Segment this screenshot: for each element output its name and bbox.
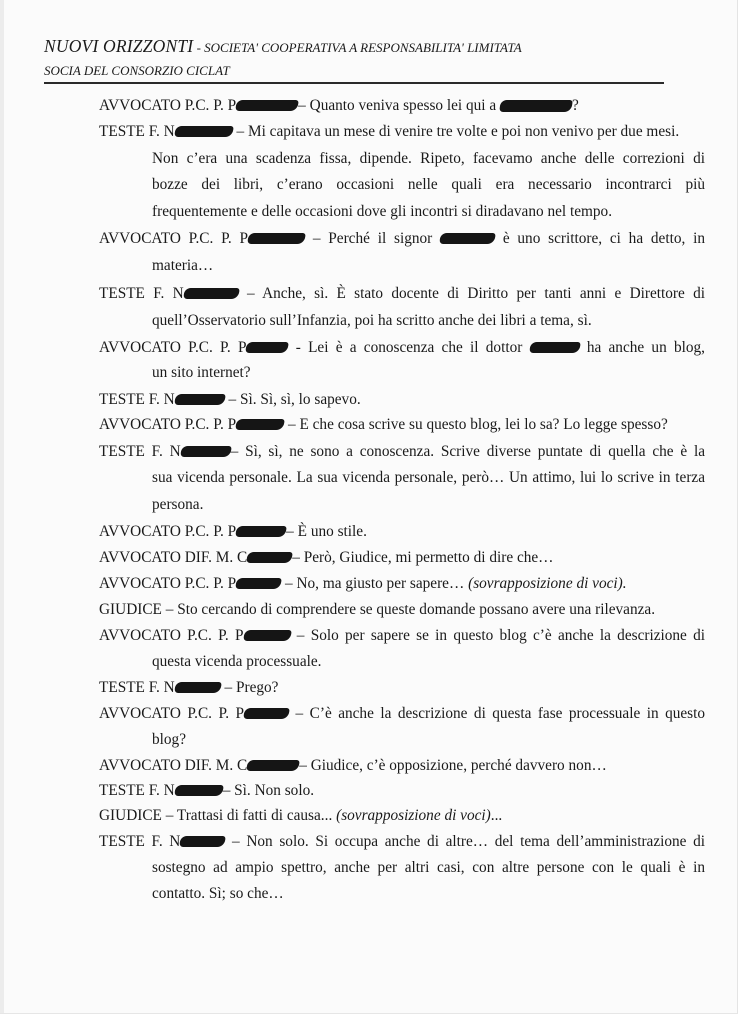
utterance-text: - Lei è a conoscenza che il dottor xyxy=(296,339,530,356)
utterance-text: – Prego? xyxy=(225,679,279,696)
redaction-mark xyxy=(247,233,306,244)
utterance-text: – Sì. Sì, sì, lo sapevo. xyxy=(229,391,361,408)
transcript-line: persona. xyxy=(152,495,203,515)
speaker-label: AVVOCATO P.C. P. P xyxy=(99,416,236,433)
speaker-label: AVVOCATO P.C. P. P xyxy=(99,230,248,247)
speaker-label: AVVOCATO P.C. P. P xyxy=(99,575,236,592)
transcript-line: un sito internet? xyxy=(152,363,251,383)
transcript-line: TESTE F. N – Anche, sì. È stato docente … xyxy=(99,284,705,304)
transcript-line: GIUDICE – Trattasi di fatti di causa... … xyxy=(99,806,502,826)
transcript-line: materia… xyxy=(152,256,213,276)
transcript-line: AVVOCATO DIF. M. C– Però, Giudice, mi pe… xyxy=(99,548,553,568)
speaker-label: GIUDICE xyxy=(99,807,162,824)
redaction-mark xyxy=(246,760,300,771)
transcript-line: TESTE F. N – Sì. Sì, sì, lo sapevo. xyxy=(99,390,361,410)
transcript-line: AVVOCATO P.C. P. P– Quanto veniva spesso… xyxy=(99,96,579,116)
utterance-text: – Mi capitava un mese di venire tre volt… xyxy=(237,123,680,140)
transcript-line: TESTE F. N– Sì. Non solo. xyxy=(99,781,314,801)
redaction-mark xyxy=(174,682,222,693)
redaction-mark xyxy=(243,708,290,719)
speaker-label: TESTE F. N xyxy=(99,679,175,696)
transcript-line: TESTE F. N – Mi capitava un mese di veni… xyxy=(99,122,679,142)
utterance-text: – Perché il signor xyxy=(313,230,440,247)
utterance-text: – Anche, sì. È stato docente di Diritto … xyxy=(247,285,705,302)
transcript-line: AVVOCATO P.C. P. P – Solo per sapere se … xyxy=(99,626,705,646)
utterance-text: – È uno stile. xyxy=(286,523,367,540)
transcript-line: AVVOCATO P.C. P. P - Lei è a conoscenza … xyxy=(99,338,705,358)
utterance-text: ... xyxy=(491,807,502,824)
utterance-text: ha anche un blog, xyxy=(580,339,705,356)
redaction-mark xyxy=(180,836,227,847)
utterance-text: – Solo per sapere se in questo blog c’è … xyxy=(297,627,705,644)
redaction-mark xyxy=(235,578,282,589)
speaker-label: AVVOCATO P.C. P. P xyxy=(99,339,246,356)
redaction-mark xyxy=(180,446,232,457)
org-subtitle: - SOCIETA' COOPERATIVA A RESPONSABILITA'… xyxy=(193,40,521,55)
speaker-label: AVVOCATO P.C. P. P xyxy=(99,627,244,644)
header-membership: SOCIA DEL CONSORZIO CICLAT xyxy=(44,63,230,79)
utterance-text: – Però, Giudice, mi permetto di dire che… xyxy=(292,549,553,566)
speaker-label: TESTE F. N xyxy=(99,391,175,408)
speaker-label: TESTE F. N xyxy=(99,443,181,460)
redaction-mark xyxy=(183,288,240,299)
speaker-label: AVVOCATO DIF. M. C xyxy=(99,549,247,566)
transcript-line: sua vicenda personale. La sua vicenda pe… xyxy=(152,468,705,488)
utterance-text: – Giudice, c’è opposizione, perché davve… xyxy=(299,757,607,774)
redaction-mark xyxy=(246,552,293,563)
utterance-text: – Sì. Non solo. xyxy=(223,782,314,799)
speaker-label: AVVOCATO P.C. P. P xyxy=(99,97,236,114)
redaction-mark xyxy=(174,126,234,137)
transcript-line: frequentemente e delle occasioni dove gl… xyxy=(152,202,612,222)
utterance-text: – Non solo. Si occupa anche di altre… de… xyxy=(232,833,705,850)
speaker-label: AVVOCATO P.C. P. P xyxy=(99,705,244,722)
speaker-label: TESTE F. N xyxy=(99,782,175,799)
redaction-mark xyxy=(529,342,581,353)
utterance-italic: (sovrapposizione di voci) xyxy=(336,807,491,824)
transcript-line: blog? xyxy=(152,730,186,750)
redaction-mark xyxy=(243,630,292,641)
redaction-mark xyxy=(439,233,496,244)
speaker-label: AVVOCATO P.C. P. P xyxy=(99,523,236,540)
transcript-line: GIUDICE – Sto cercando di comprendere se… xyxy=(99,600,655,620)
speaker-label: GIUDICE xyxy=(99,601,162,618)
utterance-text: è uno scrittore, ci ha detto, in xyxy=(495,230,705,247)
utterance-italic: (sovrapposizione di voci). xyxy=(468,575,626,592)
transcript-line: Non c’era una scadenza fissa, dipende. R… xyxy=(152,149,705,169)
scanned-page: NUOVI ORIZZONTI - SOCIETA' COOPERATIVA A… xyxy=(0,0,738,1014)
header-rule xyxy=(44,82,664,84)
transcript-line: TESTE F. N – Prego? xyxy=(99,678,278,698)
redaction-mark xyxy=(235,526,287,537)
transcript-line: AVVOCATO P.C. P. P – Perché il signor è … xyxy=(99,229,705,249)
transcript-line: bozze dei libri, c’erano occasioni nelle… xyxy=(152,175,705,195)
org-name: NUOVI ORIZZONTI xyxy=(44,36,193,56)
redaction-mark xyxy=(499,100,573,112)
redaction-mark xyxy=(246,342,290,353)
transcript-line: TESTE F. N– Sì, sì, ne sono a conoscenza… xyxy=(99,442,705,462)
transcript-line: AVVOCATO P.C. P. P – C’è anche la descri… xyxy=(99,704,705,724)
transcript-line: AVVOCATO P.C. P. P – No, ma giusto per s… xyxy=(99,574,627,594)
speaker-label: TESTE F. N xyxy=(99,833,180,850)
redaction-mark xyxy=(235,419,285,430)
redaction-mark xyxy=(174,785,224,796)
transcript-line: questa vicenda processuale. xyxy=(152,652,321,672)
transcript-line: sostegno ad ampio spettro, anche per alt… xyxy=(152,858,705,878)
utterance-text: – Trattasi di fatti di causa... xyxy=(162,807,336,824)
utterance-text: – Sto cercando di comprendere se queste … xyxy=(162,601,655,618)
utterance-text: – No, ma giusto per sapere… xyxy=(285,575,468,592)
utterance-text: – Sì, sì, ne sono a conoscenza. Scrive d… xyxy=(231,443,705,460)
redaction-mark xyxy=(235,100,299,111)
utterance-text: – E che cosa scrive su questo blog, lei … xyxy=(288,416,668,433)
transcript-line: AVVOCATO P.C. P. P – E che cosa scrive s… xyxy=(99,415,668,435)
redaction-mark xyxy=(174,394,226,405)
header-org-line: NUOVI ORIZZONTI - SOCIETA' COOPERATIVA A… xyxy=(44,36,522,57)
speaker-label: AVVOCATO DIF. M. C xyxy=(99,757,247,774)
speaker-label: TESTE F. N xyxy=(99,285,184,302)
speaker-label: TESTE F. N xyxy=(99,123,175,140)
utterance-text: – Quanto veniva spesso lei qui a xyxy=(298,97,500,114)
transcript-line: quell’Osservatorio sull’Infanzia, poi ha… xyxy=(152,311,592,331)
transcript-line: AVVOCATO DIF. M. C– Giudice, c’è opposiz… xyxy=(99,756,607,776)
utterance-text: ? xyxy=(572,97,579,114)
transcript-line: contatto. Sì; so che… xyxy=(152,884,284,904)
transcript-line: TESTE F. N – Non solo. Si occupa anche d… xyxy=(99,832,705,852)
utterance-text: – C’è anche la descrizione di questa fas… xyxy=(296,705,705,722)
transcript-line: AVVOCATO P.C. P. P– È uno stile. xyxy=(99,522,367,542)
